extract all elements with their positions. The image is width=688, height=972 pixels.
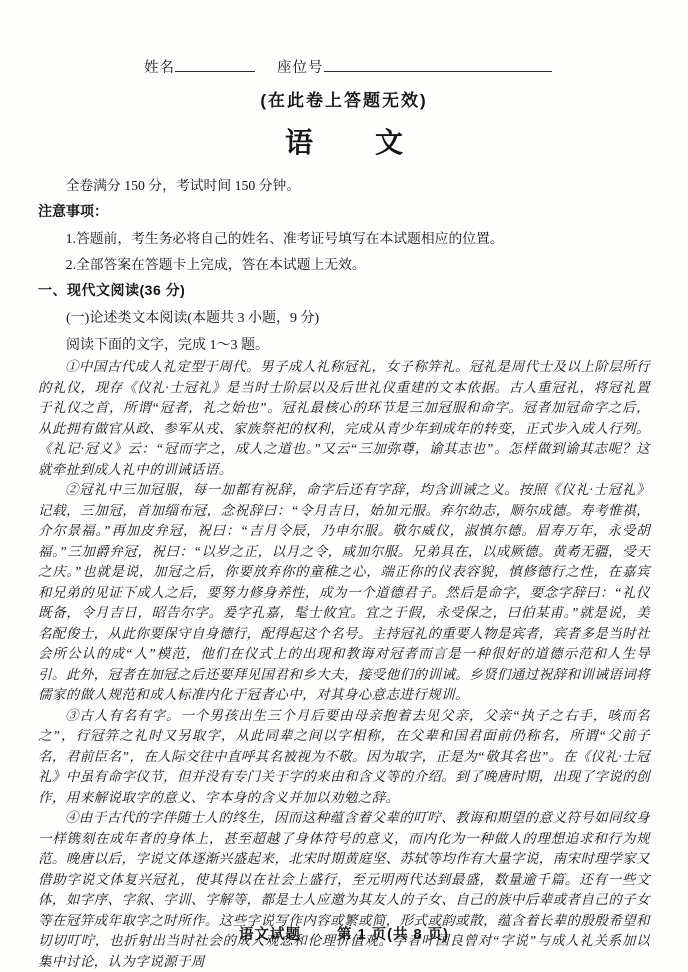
exam-info: 全卷满分 150 分，考试时间 150 分钟。 <box>38 174 650 194</box>
footer-doc-label: 语文试题 <box>239 927 301 943</box>
invalid-notice: (在此卷上答题无效) <box>38 86 650 111</box>
page-title: 语文 <box>38 121 650 161</box>
passage-paragraph-3: ③古人有名有字。一个男孩出生三个月后要由母亲抱着去见父亲，父亲“执子之右手，咳而… <box>38 706 650 809</box>
title-char-wen: 文 <box>375 128 403 159</box>
reading-passage: ①中国古代成人礼定型于周代。男子成人礼称冠礼，女子称笄礼。冠礼是周代士及以上阶层… <box>38 357 650 972</box>
seat-blank-line <box>324 58 552 72</box>
passage-paragraph-1: ①中国古代成人礼定型于周代。男子成人礼称冠礼，女子称笄礼。冠礼是周代士及以上阶层… <box>38 357 650 480</box>
passage-paragraph-2: ②冠礼中三加冠服，每一加都有祝辞，命字后还有字辞，均含训诫之义。按照《仪礼·士冠… <box>38 480 650 706</box>
notes-title: 注意事项： <box>38 201 650 221</box>
title-char-yu: 语 <box>285 128 313 159</box>
name-seat-row: 姓名座位号 <box>38 56 650 77</box>
passage-paragraph-4: ④由于古代的字伴随士人的终生，因而这种蕴含着父辈的叮咛、教诲和期望的意义符号如同… <box>38 808 650 972</box>
seat-label: 座位号 <box>277 60 324 76</box>
footer-page-label: 第 1 页(共 8 页) <box>337 927 449 943</box>
note-item-2: 2.全部答案在答题卡上完成，答在本试题上无效。 <box>38 253 650 273</box>
name-label: 姓名 <box>144 60 175 76</box>
name-blank-line <box>175 58 255 72</box>
note-item-1: 1.答题前，考生务必将自己的姓名、准考证号填写在本试题相应的位置。 <box>38 227 650 247</box>
page-footer: 语文试题第 1 页(共 8 页) <box>0 923 688 944</box>
section-subheading: (一)论述类文本阅读(本题共 3 小题，9 分) <box>38 307 650 327</box>
section-heading: 一、现代文阅读(36 分) <box>38 280 650 300</box>
reading-instruction: 阅读下面的文字，完成 1～3 题。 <box>38 334 650 354</box>
exam-paper-page: 姓名座位号 (在此卷上答题无效) 语文 全卷满分 150 分，考试时间 150 … <box>0 0 688 972</box>
